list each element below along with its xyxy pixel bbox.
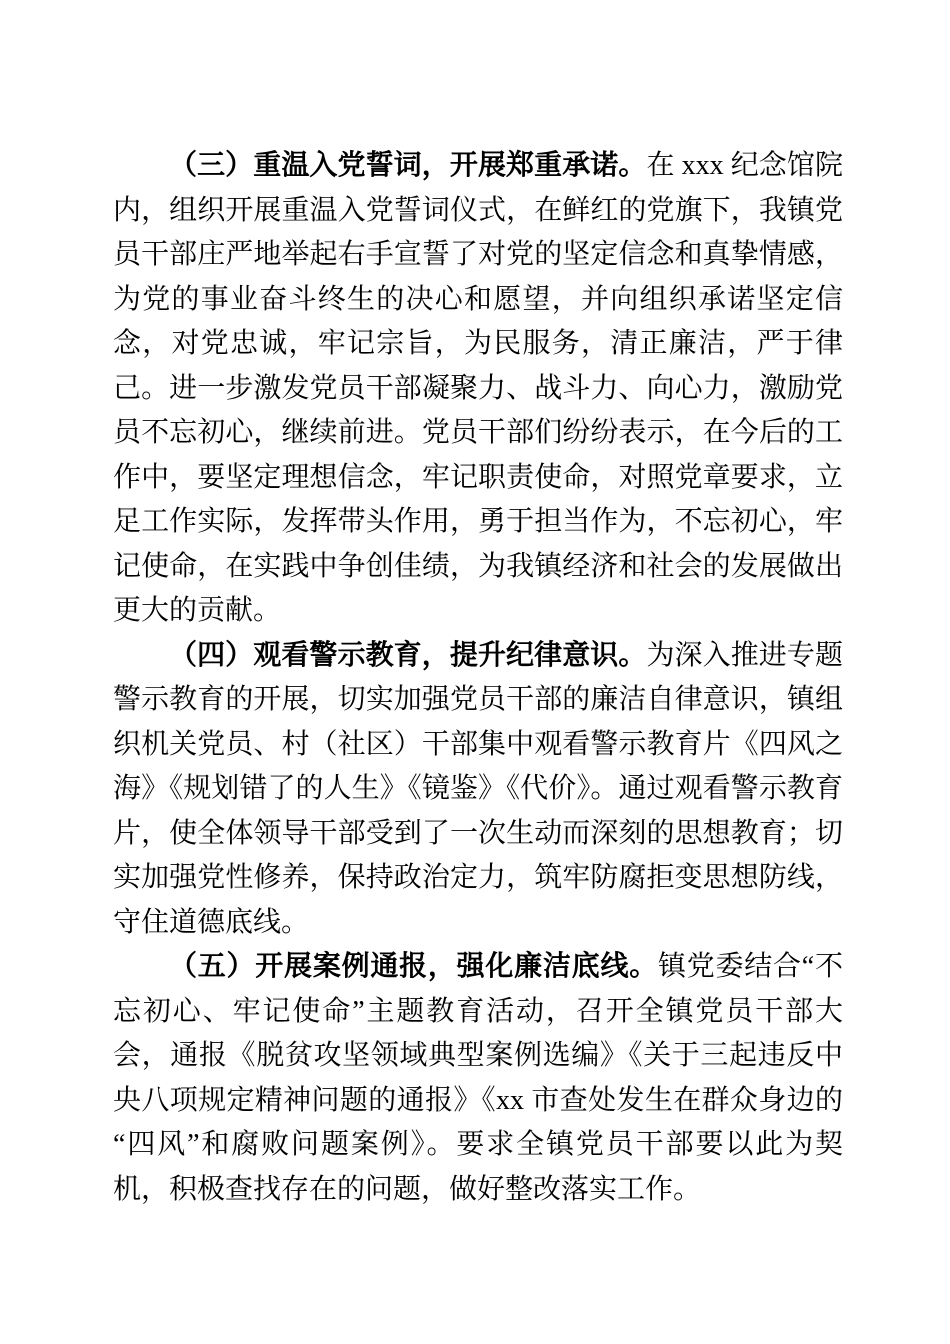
paragraph-3-body: 在 xxx 纪念馆院内，组织开展重温入党誓词仪式，在鲜红的党旗下，我镇党员干部庄… [113,150,843,626]
paragraph-3-heading: （三）重温入党誓词，开展郑重承诺。 [169,150,646,181]
paragraph-5: （五）开展案例通报，强化廉洁底线。镇党委结合“不忘初心、牢记使命”主题教育活动，… [113,945,843,1212]
paragraph-4: （四）观看警示教育，提升纪律意识。为深入推进专题警示教育的开展，切实加强党员干部… [113,634,843,946]
paragraph-5-body: 镇党委结合“不忘初心、牢记使命”主题教育活动，召开全镇党员干部大会，通报《脱贫攻… [113,951,843,1205]
paragraph-4-body: 为深入推进专题警示教育的开展，切实加强党员干部的廉洁自律意识，镇组织机关党员、村… [113,640,843,938]
paragraph-3: （三）重温入党誓词，开展郑重承诺。在 xxx 纪念馆院内，组织开展重温入党誓词仪… [113,144,843,634]
document-page: （三）重温入党誓词，开展郑重承诺。在 xxx 纪念馆院内，组织开展重温入党誓词仪… [0,0,950,1344]
paragraph-5-heading: （五）开展案例通报，强化廉洁底线。 [169,951,658,982]
paragraph-4-heading: （四）观看警示教育，提升纪律意识。 [169,640,646,671]
